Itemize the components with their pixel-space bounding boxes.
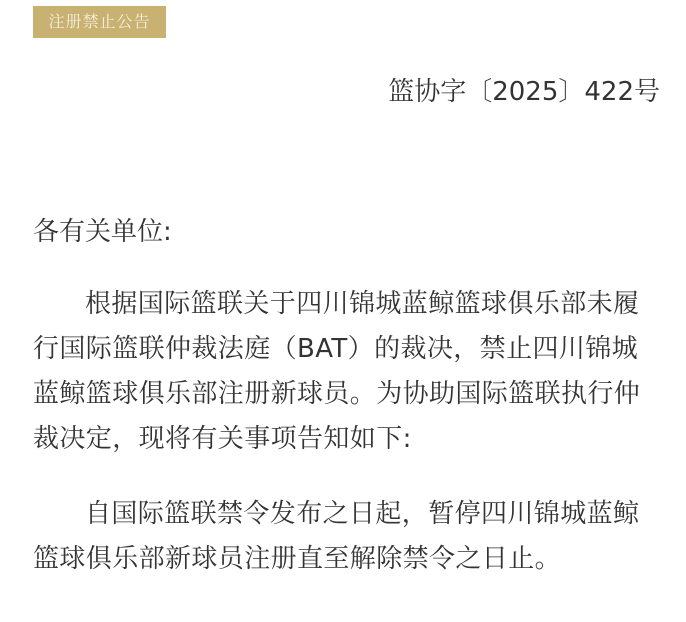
body-paragraph-1: 根据国际篮联关于四川锦城蓝鲸篮球俱乐部未履行国际篮联仲裁法庭（BAT）的裁决，禁… (33, 282, 663, 462)
body-paragraph-2: 自国际篮联禁令发布之日起，暂停四川锦城蓝鲸篮球俱乐部新球员注册直至解除禁令之日止… (33, 492, 663, 582)
salutation: 各有关单位: (33, 212, 172, 252)
notice-category-tag: 注册禁止公告 (33, 6, 166, 38)
document-number: 篮协字〔2025〕422号 (388, 72, 660, 112)
